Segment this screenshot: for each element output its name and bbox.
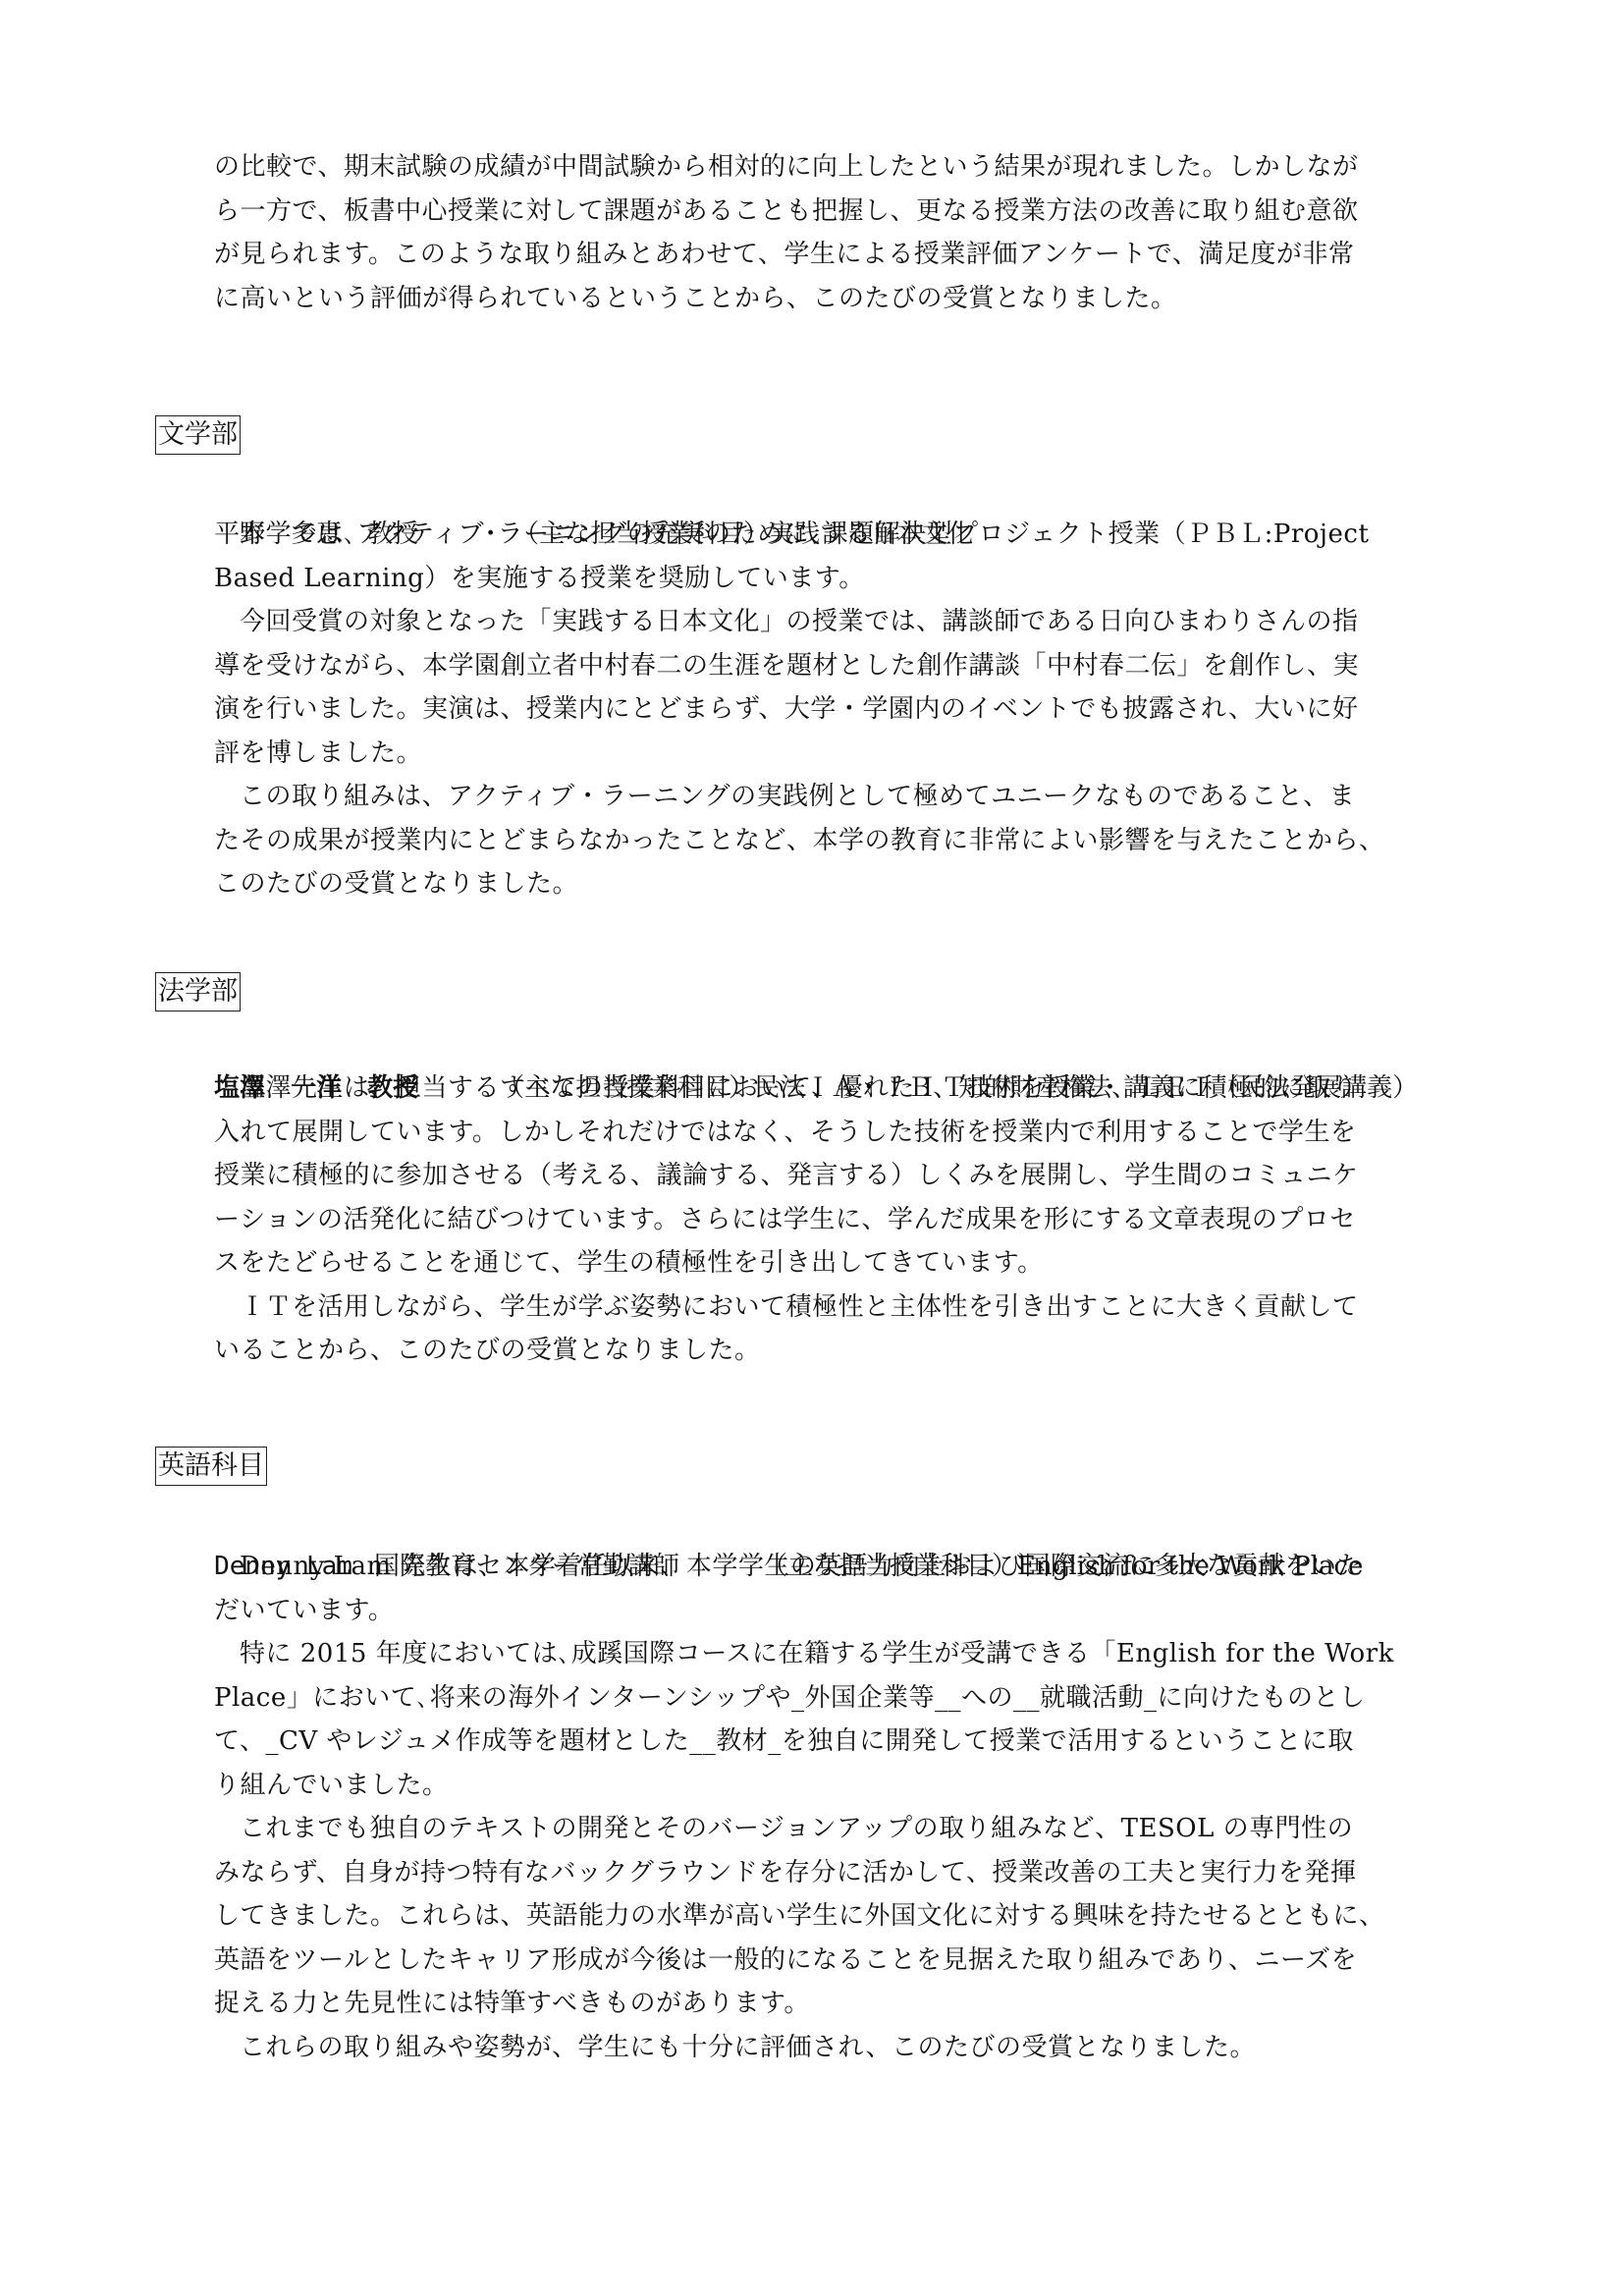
text-line: り組んでいました。 — [214, 1764, 1481, 1808]
text-line: Denny Lam 先生は、本学着任以来、本学学生の英語力向上および国際交流に多… — [214, 1545, 1481, 1589]
text-line: 導を受けながら、本学園創立者中村春二の生涯を題材とした創作講談「中村春二伝」を創… — [214, 644, 1481, 688]
text-line: ら一方で、板書中心授業に対して課題があることも把握し、更なる授業方法の改善に取り… — [214, 190, 1481, 234]
section-body-english: Denny Lam 先生は、本学着任以来、本学学生の英語力向上および国際交流に多… — [214, 1545, 1481, 2069]
text-line: て、_CV やレジュメ作成等を題材とした__教材_を独自に開発して授業で活用する… — [214, 1720, 1481, 1764]
paragraph: 本学では､アクティブ･ラーニングの充実のために､課題解決型プロジェクト授業（ＰＢ… — [214, 513, 1481, 600]
text-line: このたびの受賞となりました。 — [214, 862, 1481, 906]
text-line: スをたどらせることを通じて、学生の積極性を引き出してきています。 — [214, 1241, 1481, 1285]
paragraph: これまでも独自のテキストの開発とそのバージョンアップの取り組みなど、TESOL … — [214, 1807, 1481, 2026]
text-line: 捉える力と先見性には特筆すべきものがあります。 — [214, 1982, 1481, 2026]
text-line: 授業に積極的に参加させる（考える、議論する、発言する）しくみを展開し、学生間のコ… — [214, 1154, 1481, 1198]
section-label-english: 英語科目 — [155, 1447, 267, 1486]
text-line: 特に 2015 年度においては､成蹊国際コースに在籍する学生が受講できる「Eng… — [214, 1632, 1481, 1676]
paragraph: 塩澤先生は、担当するすべての授業科目において、優れたＩＴ技術を授業・講義に積極的… — [214, 1066, 1481, 1285]
intro-paragraph: の比較で、期末試験の成績が中間試験から相対的に向上したという結果が現れました。し… — [214, 145, 1481, 320]
document-page: の比較で、期末試験の成績が中間試験から相対的に向上したという結果が現れました。し… — [0, 0, 1622, 2296]
text-line: に高いという評価が得られているということから、このたびの受賞となりました。 — [214, 277, 1481, 321]
paragraph: 特に 2015 年度においては､成蹊国際コースに在籍する学生が受講できる「Eng… — [214, 1632, 1481, 1807]
text-line: の比較で、期末試験の成績が中間試験から相対的に向上したという結果が現れました。し… — [214, 145, 1481, 190]
text-line: 今回受賞の対象となった「実践する日本文化」の授業では、講談師である日向ひまわりさ… — [214, 600, 1481, 644]
paragraph: この取り組みは、アクティブ・ラーニングの実践例として極めてユニークなものであるこ… — [214, 775, 1481, 906]
text-line: 評を博しました。 — [214, 732, 1481, 776]
text-line: いることから、このたびの受賞となりました。 — [214, 1329, 1481, 1373]
text-line: たその成果が授業内にとどまらなかったことなど、本学の教育に非常によい影響を与えた… — [214, 819, 1481, 863]
text-line: みならず、自身が持つ特有なバックグラウンドを存分に活かして、授業改善の工夫と実行… — [214, 1851, 1481, 1895]
text-line: 塩澤先生は、担当するすべての授業科目において、優れたＩＴ技術を授業・講義に積極的… — [214, 1066, 1481, 1111]
text-line: 入れて展開しています。しかしそれだけではなく、そうした技術を授業内で利用すること… — [214, 1111, 1481, 1155]
paragraph: Denny Lam 先生は、本学着任以来、本学学生の英語力向上および国際交流に多… — [214, 1545, 1481, 1632]
text-line: これらの取り組みや姿勢が、学生にも十分に評価され、このたびの受賞となりました。 — [214, 2026, 1481, 2070]
text-line: Place」において､将来の海外インターンシップや_外国企業等__への__就職活… — [214, 1676, 1481, 1721]
text-line: 演を行いました。実演は、授業内にとどまらず、大学・学園内のイベントでも披露され、… — [214, 687, 1481, 732]
text-line: してきました。これらは、英語能力の水準が高い学生に外国文化に対する興味を持たせる… — [214, 1894, 1481, 1939]
text-line: ＩＴを活用しながら、学生が学ぶ姿勢において積極性と主体性を引き出すことに大きく貢… — [214, 1285, 1481, 1330]
paragraph: ＩＴを活用しながら、学生が学ぶ姿勢において積極性と主体性を引き出すことに大きく貢… — [214, 1285, 1481, 1373]
paragraph: 今回受賞の対象となった「実践する日本文化」の授業では、講談師である日向ひまわりさ… — [214, 600, 1481, 775]
section-label-literature: 文学部 — [155, 415, 241, 455]
text-line: 英語をツールとしたキャリア形成が今後は一般的になることを見据えた取り組みであり、… — [214, 1939, 1481, 1983]
section-body-literature: 本学では､アクティブ･ラーニングの充実のために､課題解決型プロジェクト授業（ＰＢ… — [214, 513, 1481, 906]
text-line: だいています。 — [214, 1589, 1481, 1633]
text-line: が見られます。このような取り組みとあわせて、学生による授業評価アンケートで、満足… — [214, 233, 1481, 277]
text-line: ーションの活発化に結びつけています。さらには学生に、学んだ成果を形にする文章表現… — [214, 1198, 1481, 1242]
section-body-law: 塩澤先生は、担当するすべての授業科目において、優れたＩＴ技術を授業・講義に積極的… — [214, 1066, 1481, 1373]
section-label-law: 法学部 — [155, 972, 241, 1011]
text-line: これまでも独自のテキストの開発とそのバージョンアップの取り組みなど、TESOL … — [214, 1807, 1481, 1851]
paragraph: これらの取り組みや姿勢が、学生にも十分に評価され、このたびの受賞となりました。 — [214, 2026, 1481, 2070]
text-line: 本学では､アクティブ･ラーニングの充実のために､課題解決型プロジェクト授業（ＰＢ… — [214, 513, 1481, 557]
text-line: この取り組みは、アクティブ・ラーニングの実践例として極めてユニークなものであるこ… — [214, 775, 1481, 819]
text-line: Based Learning）を実施する授業を奨励しています。 — [214, 557, 1481, 601]
